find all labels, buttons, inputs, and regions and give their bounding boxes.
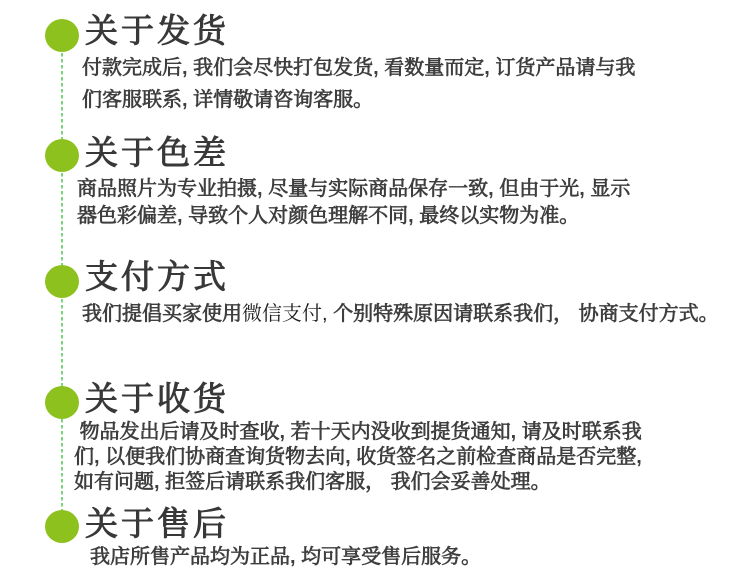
bullet-circle-icon xyxy=(45,510,79,543)
body-line: 我们提倡买家使用微信支付, 个别特殊原因请联系我们， 协商支付方式。 xyxy=(82,301,719,328)
body-line: 付款完成后, 我们会尽快打包发货, 看数量而定, 订货产品请与我 xyxy=(82,52,635,84)
body-line: 们, 以便我们协商查询货物去向, 收货签名之前检查商品是否完整, xyxy=(74,445,642,470)
section-body-shipping: 付款完成后, 我们会尽快打包发货, 看数量而定, 订货产品请与我 们客服联系, … xyxy=(82,52,635,116)
section-title-shipping: 关于发货 xyxy=(85,13,229,49)
section-title-after-sales: 关于售后 xyxy=(85,506,229,542)
section-title-color-difference: 关于色差 xyxy=(85,135,229,171)
section-title-payment: 支付方式 xyxy=(85,259,229,295)
body-line: 器色彩偏差, 导致个人对颜色理解不同, 最终以实物为准。 xyxy=(77,203,630,230)
bullet-circle-icon xyxy=(45,139,79,172)
body-line: 们客服联系, 详情敬请咨询客服。 xyxy=(82,84,635,116)
section-body-receiving: 物品发出后请及时查收, 若十天内没收到提货通知, 请及时联系我 们, 以便我们协… xyxy=(74,420,642,495)
store-notice-panel: 关于发货 付款完成后, 我们会尽快打包发货, 看数量而定, 订货产品请与我 们客… xyxy=(0,0,750,580)
body-line: 物品发出后请及时查收, 若十天内没收到提货通知, 请及时联系我 xyxy=(74,420,642,445)
section-body-after-sales: 我店所售产品均为正品, 均可享受售后服务。 xyxy=(90,544,481,571)
payment-text-prefix: 我们提倡买家使用 xyxy=(82,303,242,325)
payment-text-suffix: 个别特殊原因请联系我们， 协商支付方式。 xyxy=(333,303,719,325)
bullet-circle-icon xyxy=(45,265,79,298)
section-title-receiving: 关于收货 xyxy=(85,381,229,417)
section-body-color-difference: 商品照片为专业拍摄, 尽量与实际商品保存一致, 但由于光, 显示 器色彩偏差, … xyxy=(77,176,630,230)
bullet-circle-icon xyxy=(45,19,79,52)
body-line: 我店所售产品均为正品, 均可享受售后服务。 xyxy=(90,544,481,571)
section-body-payment: 我们提倡买家使用微信支付, 个别特殊原因请联系我们， 协商支付方式。 xyxy=(82,301,719,328)
bullet-circle-icon xyxy=(45,386,79,419)
body-line: 商品照片为专业拍摄, 尽量与实际商品保存一致, 但由于光, 显示 xyxy=(77,176,630,203)
wechat-pay-text: 微信支付, xyxy=(242,303,333,325)
body-line: 如有问题, 拒签后请联系我们客服， 我们会妥善处理。 xyxy=(74,470,642,495)
